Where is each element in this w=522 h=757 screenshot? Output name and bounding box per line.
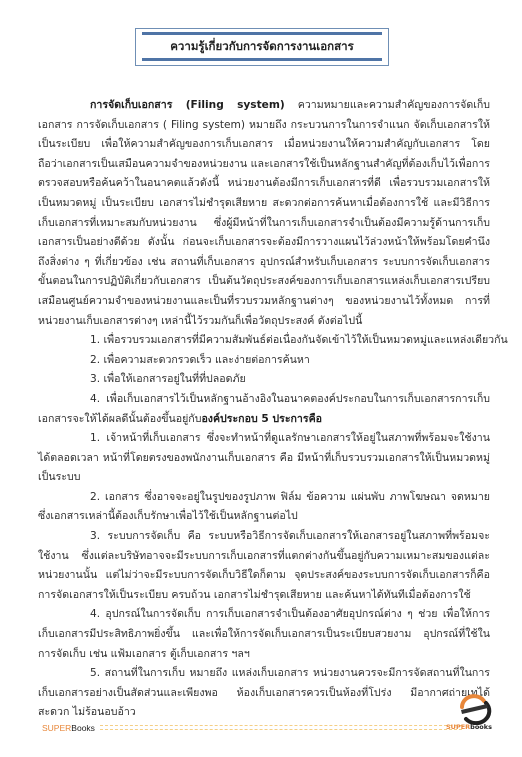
components-heading: องค์ประกอบ 5 ประการคือ	[201, 413, 322, 425]
component-item-2: 2. เอกสาร ซึ่งอาจจะอยู่ในรูปของรูปภาพ ฟิ…	[38, 488, 490, 527]
document-body: การจัดเก็บเอกสาร (Filing system) ความหมา…	[38, 96, 490, 723]
page-footer: SUPERBooks SUPERbooks	[42, 723, 502, 743]
objective-item-3: 3. เพื่อให้เอกสารอยู่ในที่ที่ปลอดภัย	[38, 370, 490, 390]
title-top-rule	[142, 32, 382, 35]
component-item-1: 1. เจ้าหน้าที่เก็บเอกสาร ซึ่งจะทำหน้าที่…	[38, 429, 490, 488]
intro-text: ความหมายและความสำคัญของการจัดเก็บเอกสาร …	[38, 99, 490, 327]
intro-paragraph: การจัดเก็บเอกสาร (Filing system) ความหมา…	[38, 96, 490, 331]
superbooks-logo: SUPERbooks	[446, 693, 502, 737]
superbooks-swirl-icon	[454, 693, 494, 725]
title-box: ความรู้เกี่ยวกับการจัดการงานเอกสาร	[135, 28, 389, 66]
objective-item-2: 2. เพื่อความสะดวกรวดเร็ว และง่ายต่อการค้…	[38, 351, 490, 371]
component-item-5: 5. สถานที่ในการเก็บ หมายถึง แหล่งเก็บเอก…	[38, 664, 490, 723]
objective-item-1: 1. เพื่อรวบรวมเอกสารที่มีความสัมพันธ์ต่อ…	[38, 331, 490, 351]
footer-brand: SUPERBooks	[42, 723, 95, 733]
footer-brand-books: Books	[71, 723, 95, 733]
intro-bold-lead: การจัดเก็บเอกสาร (Filing system)	[90, 99, 285, 111]
footer-dashed-rule	[100, 725, 462, 730]
component-item-4: 4. อุปกรณ์ในการจัดเก็บ การเก็บเอกสารจำเป…	[38, 605, 490, 664]
logo-wordmark: SUPERbooks	[446, 723, 492, 731]
page-title: ความรู้เกี่ยวกับการจัดการงานเอกสาร	[136, 38, 388, 56]
footer-brand-super: SUPER	[42, 723, 71, 733]
objective-item-4: 4. เพื่อเก็บเอกสารไว้เป็นหลักฐานอ้างอิงใ…	[38, 390, 490, 429]
title-bottom-rule	[142, 58, 382, 61]
component-item-3: 3. ระบบการจัดเก็บ คือ ระบบหรือวิธีการจัด…	[38, 527, 490, 605]
